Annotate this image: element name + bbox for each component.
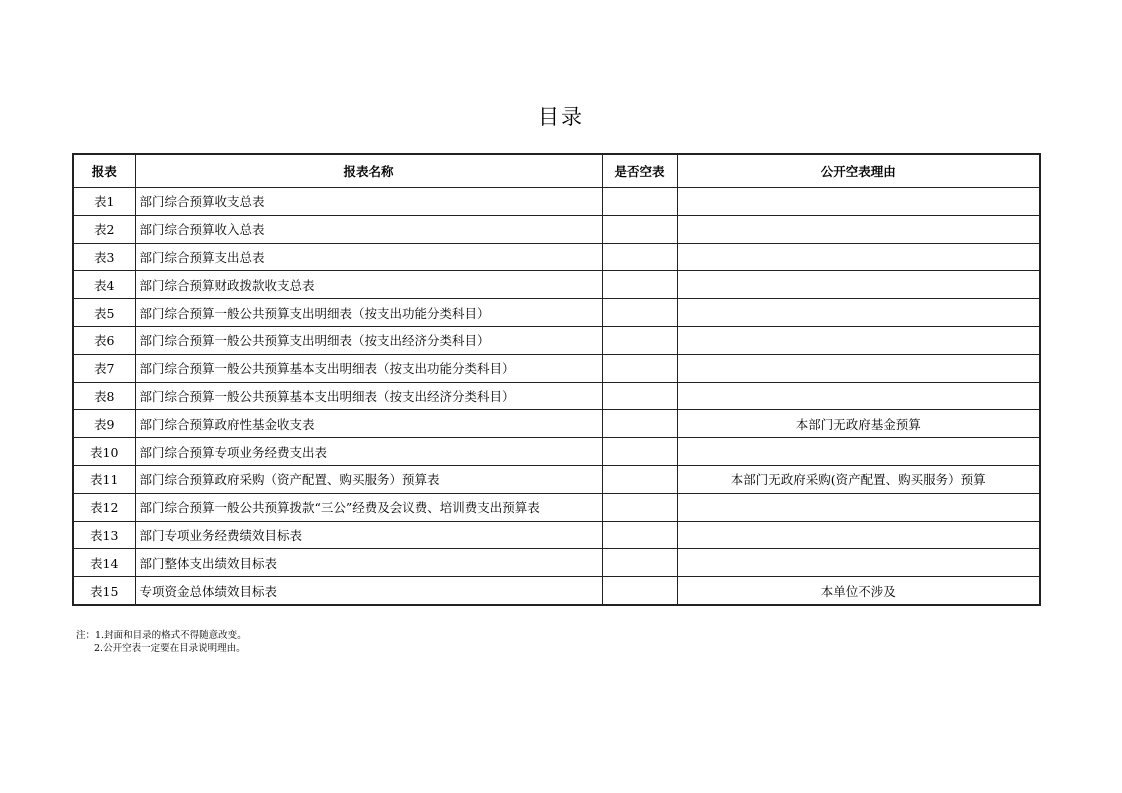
cell-name: 部门综合预算财政拨款收支总表: [135, 271, 602, 299]
table-header-row: 报表 报表名称 是否空表 公开空表理由: [73, 154, 1040, 188]
table-row: 表13部门专项业务经费绩效目标表: [73, 521, 1040, 549]
cell-reason: 本部门无政府采购(资产配置、购买服务）预算: [677, 465, 1040, 493]
cell-name: 部门综合预算一般公共预算支出明细表（按支出经济分类科目）: [135, 326, 602, 354]
table-row: 表8部门综合预算一般公共预算基本支出明细表（按支出经济分类科目）: [73, 382, 1040, 410]
cell-is-empty: [602, 549, 677, 577]
cell-is-empty: [602, 493, 677, 521]
table-row: 表11部门综合预算政府采购（资产配置、购买服务）预算表本部门无政府采购(资产配置…: [73, 465, 1040, 493]
table-row: 表1部门综合预算收支总表: [73, 188, 1040, 216]
table-row: 表7部门综合预算一般公共预算基本支出明细表（按支出功能分类科目）: [73, 354, 1040, 382]
cell-is-empty: [602, 465, 677, 493]
cell-code: 表3: [73, 243, 135, 271]
table-row: 表9部门综合预算政府性基金收支表本部门无政府基金预算: [73, 410, 1040, 438]
cell-name: 部门综合预算收支总表: [135, 188, 602, 216]
cell-reason: [677, 382, 1040, 410]
cell-is-empty: [602, 438, 677, 466]
cell-code: 表10: [73, 438, 135, 466]
cell-reason: [677, 299, 1040, 327]
cell-name: 部门专项业务经费绩效目标表: [135, 521, 602, 549]
cell-reason: [677, 493, 1040, 521]
cell-is-empty: [602, 271, 677, 299]
table-row: 表5部门综合预算一般公共预算支出明细表（按支出功能分类科目）: [73, 299, 1040, 327]
cell-is-empty: [602, 215, 677, 243]
table-row: 表2部门综合预算收入总表: [73, 215, 1040, 243]
cell-reason: [677, 354, 1040, 382]
header-is-empty: 是否空表: [602, 154, 677, 188]
cell-is-empty: [602, 326, 677, 354]
table-row: 表10部门综合预算专项业务经费支出表: [73, 438, 1040, 466]
cell-name: 部门综合预算一般公共预算基本支出明细表（按支出经济分类科目）: [135, 382, 602, 410]
cell-reason: [677, 215, 1040, 243]
table-row: 表6部门综合预算一般公共预算支出明细表（按支出经济分类科目）: [73, 326, 1040, 354]
cell-is-empty: [602, 243, 677, 271]
cell-is-empty: [602, 354, 677, 382]
cell-reason: [677, 188, 1040, 216]
cell-is-empty: [602, 299, 677, 327]
cell-code: 表9: [73, 410, 135, 438]
cell-code: 表8: [73, 382, 135, 410]
cell-code: 表12: [73, 493, 135, 521]
cell-name: 专项资金总体绩效目标表: [135, 577, 602, 605]
cell-name: 部门综合预算一般公共预算基本支出明细表（按支出功能分类科目）: [135, 354, 602, 382]
cell-code: 表5: [73, 299, 135, 327]
cell-reason: [677, 326, 1040, 354]
cell-is-empty: [602, 521, 677, 549]
cell-name: 部门整体支出绩效目标表: [135, 549, 602, 577]
toc-table: 报表 报表名称 是否空表 公开空表理由 表1部门综合预算收支总表表2部门综合预算…: [72, 153, 1041, 606]
cell-reason: [677, 549, 1040, 577]
cell-is-empty: [602, 410, 677, 438]
cell-name: 部门综合预算支出总表: [135, 243, 602, 271]
cell-name: 部门综合预算一般公共预算支出明细表（按支出功能分类科目）: [135, 299, 602, 327]
cell-reason: [677, 438, 1040, 466]
cell-code: 表13: [73, 521, 135, 549]
table-row: 表3部门综合预算支出总表: [73, 243, 1040, 271]
table-body: 表1部门综合预算收支总表表2部门综合预算收入总表表3部门综合预算支出总表表4部门…: [73, 188, 1040, 605]
cell-code: 表15: [73, 577, 135, 605]
cell-code: 表1: [73, 188, 135, 216]
cell-is-empty: [602, 188, 677, 216]
header-reason: 公开空表理由: [677, 154, 1040, 188]
cell-code: 表4: [73, 271, 135, 299]
cell-code: 表14: [73, 549, 135, 577]
footnotes: 注：1.封面和目录的格式不得随意改变。 2.公开空表一定要在目录说明理由。: [76, 629, 247, 655]
table-row: 表14部门整体支出绩效目标表: [73, 549, 1040, 577]
footnote-1: 注：1.封面和目录的格式不得随意改变。: [76, 629, 247, 642]
cell-code: 表2: [73, 215, 135, 243]
footnote-2: 2.公开空表一定要在目录说明理由。: [76, 642, 247, 655]
cell-name: 部门综合预算收入总表: [135, 215, 602, 243]
cell-name: 部门综合预算一般公共预算拨款“三公”经费及会议费、培训费支出预算表: [135, 493, 602, 521]
header-code: 报表: [73, 154, 135, 188]
table-row: 表12部门综合预算一般公共预算拨款“三公”经费及会议费、培训费支出预算表: [73, 493, 1040, 521]
cell-is-empty: [602, 577, 677, 605]
cell-reason: [677, 521, 1040, 549]
table-row: 表15专项资金总体绩效目标表本单位不涉及: [73, 577, 1040, 605]
cell-reason: [677, 243, 1040, 271]
cell-code: 表7: [73, 354, 135, 382]
table-row: 表4部门综合预算财政拨款收支总表: [73, 271, 1040, 299]
cell-name: 部门综合预算政府性基金收支表: [135, 410, 602, 438]
cell-name: 部门综合预算政府采购（资产配置、购买服务）预算表: [135, 465, 602, 493]
cell-code: 表11: [73, 465, 135, 493]
header-name: 报表名称: [135, 154, 602, 188]
page-title: 目录: [0, 101, 1122, 131]
cell-reason: 本部门无政府基金预算: [677, 410, 1040, 438]
cell-reason: 本单位不涉及: [677, 577, 1040, 605]
cell-code: 表6: [73, 326, 135, 354]
cell-is-empty: [602, 382, 677, 410]
cell-reason: [677, 271, 1040, 299]
cell-name: 部门综合预算专项业务经费支出表: [135, 438, 602, 466]
